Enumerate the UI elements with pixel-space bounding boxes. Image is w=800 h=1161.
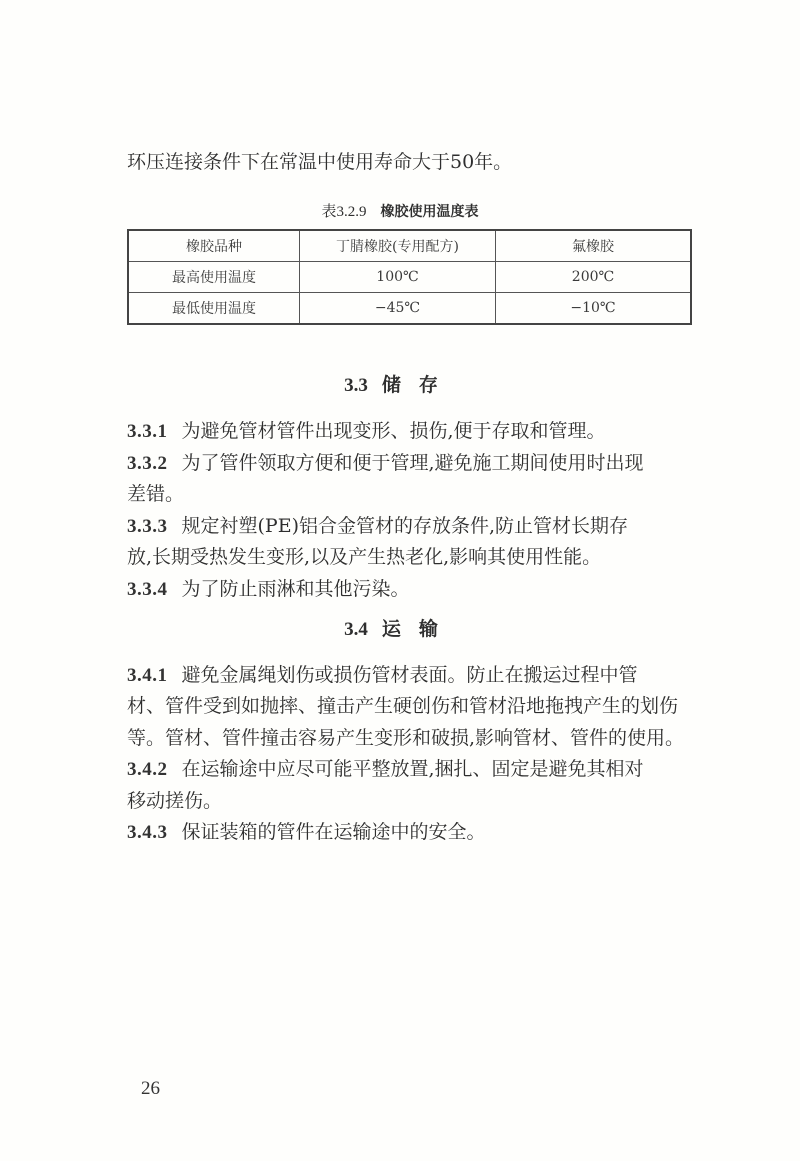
table-cell: 100℃ bbox=[300, 262, 496, 293]
paragraph-3-3-3-cont: 放,长期受热发生变形,以及产生热老化,影响其使用性能。 bbox=[127, 545, 601, 569]
paragraph-text: 为避免管材管件出现变形、损伤,便于存取和管理。 bbox=[182, 420, 606, 442]
paragraph-3-4-3: 3.4.3保证装箱的管件在运输途中的安全。 bbox=[127, 820, 486, 845]
section-number: 3.4 bbox=[344, 619, 368, 640]
paragraph-number: 3.4.2 bbox=[127, 759, 168, 780]
table-cell: 最低使用温度 bbox=[128, 293, 300, 325]
table-caption-number: 表3.2.9 bbox=[321, 204, 366, 220]
paragraph-3-3-3: 3.3.3规定衬塑(PE)铝合金管材的存放条件,防止管材长期存 bbox=[127, 514, 628, 539]
page-number: 26 bbox=[141, 1078, 160, 1100]
table-header-cell: 橡胶品种 bbox=[128, 230, 300, 262]
section-title: 储存 bbox=[382, 374, 456, 396]
table-caption: 表3.2.9橡胶使用温度表 bbox=[0, 200, 800, 221]
table-row: 最低使用温度 −45℃ −10℃ bbox=[128, 293, 691, 325]
paragraph-3-3-4: 3.3.4为了防止雨淋和其他污染。 bbox=[127, 577, 410, 602]
document-page: 环压连接条件下在常温中使用寿命大于50年。 表3.2.9橡胶使用温度表 橡胶品种… bbox=[0, 0, 800, 1161]
section-title: 运输 bbox=[382, 618, 456, 640]
paragraph-3-4-2: 3.4.2在运输途中应尽可能平整放置,捆扎、固定是避免其相对 bbox=[127, 757, 644, 782]
paragraph-3-4-1: 3.4.1避免金属绳划伤或损伤管材表面。防止在搬运过程中管 bbox=[127, 663, 638, 688]
paragraph-text: 为了防止雨淋和其他污染。 bbox=[182, 578, 410, 600]
table-cell: −45℃ bbox=[300, 293, 496, 325]
section-heading-storage: 3.3储存 bbox=[0, 370, 800, 397]
paragraph-number: 3.3.2 bbox=[127, 453, 168, 474]
table-cell: 最高使用温度 bbox=[128, 262, 300, 293]
table-cell: −10℃ bbox=[496, 293, 692, 325]
paragraph-3-4-1-cont: 材、管件受到如抛摔、撞击产生硬创伤和管材沿地拖拽产生的划伤 bbox=[127, 694, 678, 718]
section-number: 3.3 bbox=[344, 375, 368, 396]
paragraph-text: 为了管件领取方便和便于管理,避免施工期间使用时出现 bbox=[182, 452, 644, 474]
paragraph-3-4-1-cont: 等。管材、管件撞击容易产生变形和破损,影响管材、管件的使用。 bbox=[127, 726, 684, 750]
paragraph-number: 3.3.3 bbox=[127, 516, 168, 537]
paragraph-text: 避免金属绳划伤或损伤管材表面。防止在搬运过程中管 bbox=[182, 664, 638, 686]
table-cell: 200℃ bbox=[496, 262, 692, 293]
section-heading-transport: 3.4运输 bbox=[0, 614, 800, 641]
paragraph-text: 保证装箱的管件在运输途中的安全。 bbox=[182, 821, 486, 843]
rubber-temperature-table: 橡胶品种 丁腈橡胶(专用配方) 氟橡胶 最高使用温度 100℃ 200℃ 最低使… bbox=[127, 229, 692, 325]
paragraph-number: 3.4.1 bbox=[127, 665, 168, 686]
table-header-cell: 丁腈橡胶(专用配方) bbox=[300, 230, 496, 262]
table-row: 最高使用温度 100℃ 200℃ bbox=[128, 262, 691, 293]
paragraph-text: 在运输途中应尽可能平整放置,捆扎、固定是避免其相对 bbox=[182, 758, 644, 780]
paragraph-text: 规定衬塑(PE)铝合金管材的存放条件,防止管材长期存 bbox=[182, 515, 629, 537]
intro-line: 环压连接条件下在常温中使用寿命大于50年。 bbox=[127, 150, 512, 174]
table-header-row: 橡胶品种 丁腈橡胶(专用配方) 氟橡胶 bbox=[128, 230, 691, 262]
paragraph-number: 3.3.4 bbox=[127, 579, 168, 600]
paragraph-number: 3.4.3 bbox=[127, 822, 168, 843]
paragraph-3-4-2-cont: 移动搓伤。 bbox=[127, 789, 222, 813]
table-header-cell: 氟橡胶 bbox=[496, 230, 692, 262]
paragraph-3-3-1: 3.3.1为避免管材管件出现变形、损伤,便于存取和管理。 bbox=[127, 419, 606, 444]
paragraph-number: 3.3.1 bbox=[127, 421, 168, 442]
table-caption-title: 橡胶使用温度表 bbox=[381, 204, 479, 220]
paragraph-3-3-2-cont: 差错。 bbox=[127, 482, 184, 506]
paragraph-3-3-2: 3.3.2为了管件领取方便和便于管理,避免施工期间使用时出现 bbox=[127, 451, 644, 476]
